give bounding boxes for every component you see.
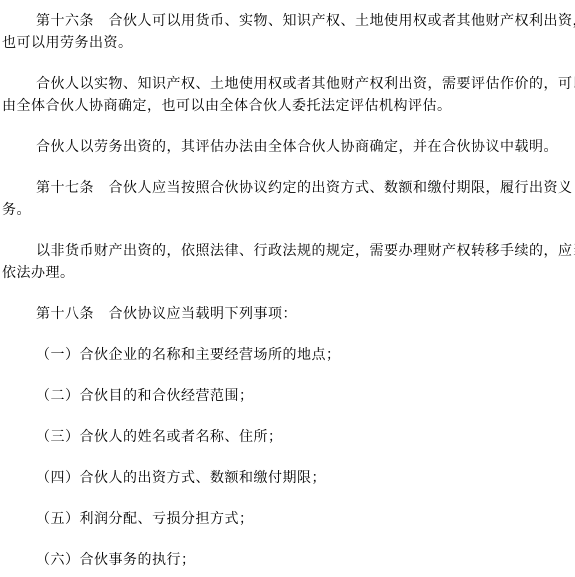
list-item-2: （二）合伙目的和合伙经营范围； <box>2 386 572 408</box>
list-item-1: （一）合伙企业的名称和主要经营场所的地点； <box>2 345 572 367</box>
paragraph-article-16-clause-3: 合伙人以劳务出资的，其评估办法由全体合伙人协商确定，并在合伙协议中载明。 <box>2 137 572 159</box>
paragraph-article-17: 第十七条 合伙人应当按照合伙协议约定的出资方式、数额和缴付期限，履行出资义 务。 <box>2 178 572 222</box>
paragraph-article-16: 第十六条 合伙人可以用货币、实物、知识产权、土地使用权或者其他财产权利出资， 也… <box>2 11 572 55</box>
paragraph-article-17-clause-2: 以非货币财产出资的，依照法律、行政法规的规定，需要办理财产权转移手续的，应当 依… <box>2 241 572 285</box>
list-item-3: （三）合伙人的姓名或者名称、住所； <box>2 427 572 449</box>
paragraph-article-16-clause-2: 合伙人以实物、知识产权、土地使用权或者其他财产权利出资，需要评估作价的，可以 由… <box>2 74 572 118</box>
list-item-4: （四）合伙人的出资方式、数额和缴付期限； <box>2 468 572 490</box>
list-item-6: （六）合伙事务的执行； <box>2 550 572 572</box>
paragraph-article-18: 第十八条 合伙协议应当载明下列事项： <box>2 304 572 326</box>
document-page: 第十六条 合伙人可以用货币、实物、知识产权、土地使用权或者其他财产权利出资， 也… <box>0 0 575 577</box>
document-viewport: { "page": { "background_color": "#ffffff… <box>0 0 575 577</box>
list-item-5: （五）利润分配、亏损分担方式； <box>2 509 572 531</box>
